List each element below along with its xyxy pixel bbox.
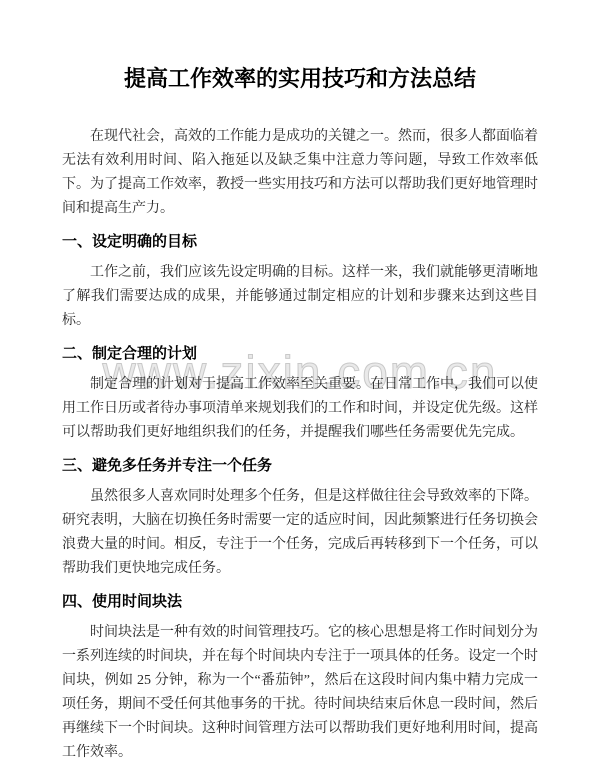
section-4-heading: 四、使用时间块法 (62, 591, 538, 613)
document-title: 提高工作效率的实用技巧和方法总结 (62, 64, 538, 94)
section-2-body: 制定合理的计划对于提高工作效率至关重要。在日常工作中，我们可以使用工作日历或者待… (62, 373, 538, 445)
section-2-heading: 二、制定合理的计划 (62, 343, 538, 365)
document-page: www.zixin.com.cn 提高工作效率的实用技巧和方法总结 在现代社会，… (0, 0, 600, 776)
section-1-body: 工作之前，我们应该先设定明确的目标。这样一来，我们就能够更清晰地了解我们需要达成… (62, 261, 538, 333)
section-4-body: 时间块法是一种有效的时间管理技巧。它的核心思想是将工作时间划分为一系列连续的时间… (62, 621, 538, 765)
section-1-heading: 一、设定明确的目标 (62, 231, 538, 253)
document-content: 提高工作效率的实用技巧和方法总结 在现代社会，高效的工作能力是成功的关键之一。然… (62, 64, 538, 765)
intro-paragraph: 在现代社会，高效的工作能力是成功的关键之一。然而，很多人都面临着无法有效利用时间… (62, 125, 538, 221)
section-3-heading: 三、避免多任务并专注一个任务 (62, 455, 538, 477)
section-3-body: 虽然很多人喜欢同时处理多个任务，但是这样做往往会导致效率的下降。研究表明，大脑在… (62, 485, 538, 581)
